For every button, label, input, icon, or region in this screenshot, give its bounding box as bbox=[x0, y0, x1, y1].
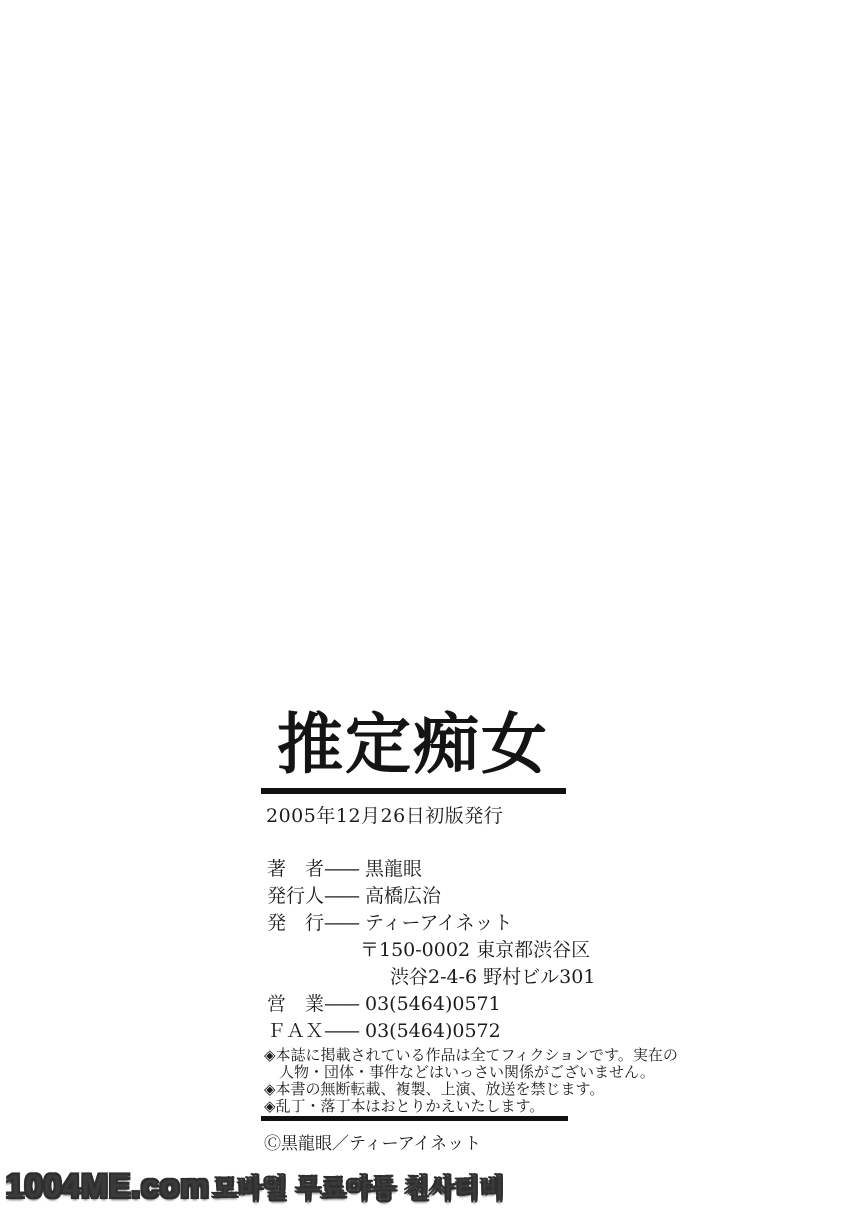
watermark-site-name: 1004ME.com bbox=[6, 1168, 210, 1205]
publisher-person-label: 発行人 bbox=[267, 881, 324, 908]
publisher-person-value: 高橋広治 bbox=[365, 881, 441, 908]
field-row-author: 著 者 —— 黒龍眼 bbox=[267, 854, 577, 881]
edition-date-line: 2005年12月26日初版発行 bbox=[266, 801, 577, 828]
legal-notes: ◈本誌に掲載されている作品は全てフィクションです。実在の 人物・団体・事件などは… bbox=[264, 1047, 584, 1115]
book-title: 推定痴女 bbox=[277, 710, 577, 779]
fax-label: ＦＡＸ bbox=[267, 1016, 324, 1043]
title-divider-rule bbox=[261, 788, 566, 794]
fax-number-value: 03(5464)0572 bbox=[365, 1020, 501, 1042]
author-value: 黒龍眼 bbox=[365, 854, 422, 881]
publisher-address-line-1: 〒150-0002 東京都渋谷区 bbox=[360, 935, 577, 962]
bottom-divider-rule bbox=[261, 1116, 568, 1121]
publisher-address-line-2: 渋谷2-4-6 野村ビル301 bbox=[390, 962, 577, 989]
field-dash: —— bbox=[324, 912, 358, 934]
field-row-publishing-company: 発 行 —— ティーアイネット bbox=[267, 908, 577, 935]
field-dash: —— bbox=[324, 858, 358, 880]
sales-label: 営 業 bbox=[267, 989, 324, 1016]
copyright-line: Ⓒ黒龍眼／ティーアイネット bbox=[264, 1129, 577, 1154]
colophon-block: 推定痴女 2005年12月26日初版発行 著 者 —— 黒龍眼 発行人 —— 高… bbox=[261, 710, 577, 1154]
field-row-fax: ＦＡＸ —— 03(5464)0572 bbox=[267, 1016, 577, 1043]
field-row-publisher-person: 発行人 —— 高橋広治 bbox=[267, 881, 577, 908]
watermark-tagline: 모바일 무료야동 천사티비 bbox=[213, 1169, 506, 1205]
note-fiction-disclaimer-line-1: ◈本誌に掲載されている作品は全てフィクションです。実在の bbox=[264, 1047, 584, 1064]
scanned-book-page: 推定痴女 2005年12月26日初版発行 著 者 —— 黒龍眼 発行人 —— 高… bbox=[0, 0, 850, 1214]
note-defective-copy-exchange: ◈乱丁・落丁本はおとりかえいたします。 bbox=[264, 1098, 584, 1115]
field-dash: —— bbox=[324, 1020, 358, 1042]
author-label: 著 者 bbox=[267, 854, 324, 881]
note-fiction-disclaimer-line-2: 人物・団体・事件などはいっさい関係がございません。 bbox=[264, 1064, 584, 1081]
site-watermark: 1004ME.com 모바일 무료야동 천사티비 bbox=[6, 1168, 505, 1205]
field-row-sales-phone: 営 業 —— 03(5464)0571 bbox=[267, 989, 577, 1016]
publishing-label: 発 行 bbox=[267, 908, 324, 935]
publishing-value: ティーアイネット bbox=[365, 908, 513, 935]
field-dash: —— bbox=[324, 885, 358, 907]
note-no-reproduction: ◈本書の無断転載、複製、上演、放送を禁じます。 bbox=[264, 1081, 584, 1098]
sales-phone-value: 03(5464)0571 bbox=[365, 993, 501, 1015]
publication-fields: 著 者 —— 黒龍眼 発行人 —— 高橋広治 発 行 —— ティーアイネット 〒… bbox=[261, 854, 577, 1043]
field-dash: —— bbox=[324, 993, 358, 1015]
